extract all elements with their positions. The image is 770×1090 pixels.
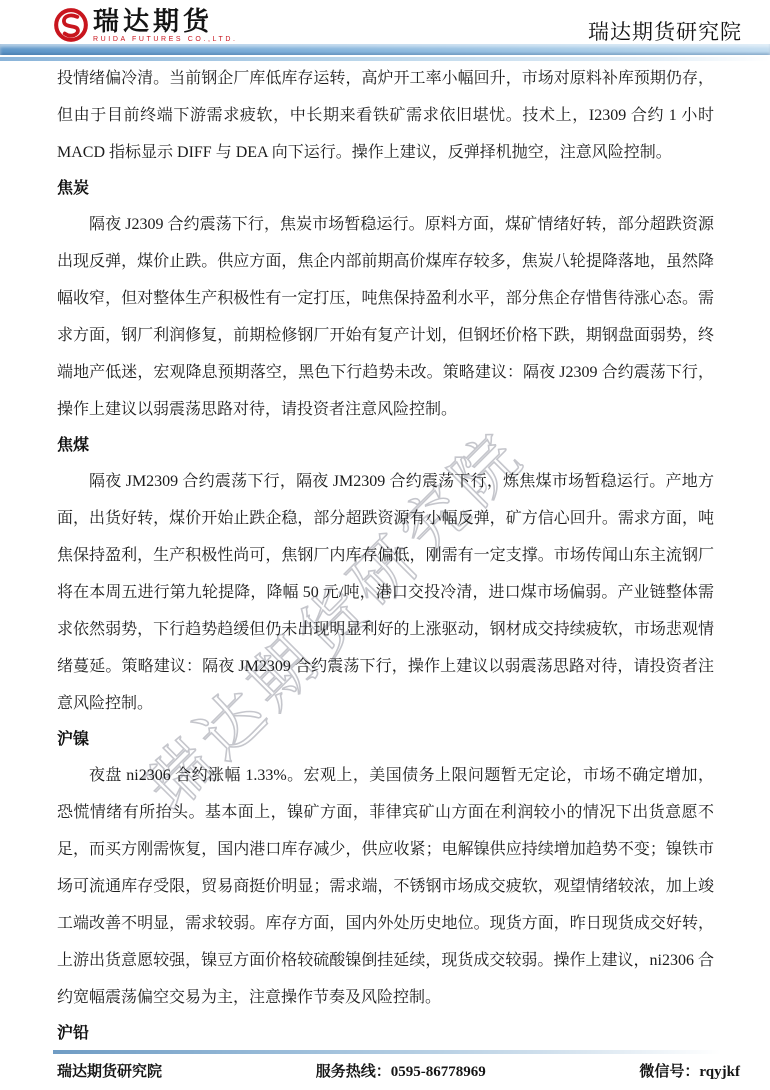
ruida-logo-icon: [53, 7, 89, 43]
page-header: 瑞达期货 RUIDA FUTURES CO.,LTD. 瑞达期货研究院: [0, 0, 770, 45]
page-footer: 瑞达期货研究院 服务热线：0595-86778969 微信号：rqyjkf: [0, 1050, 770, 1090]
section-heading-shanghai-nickel: 沪镍: [57, 727, 714, 752]
header-divider-main-bar: [0, 44, 770, 55]
brand-text-block: 瑞达期货 RUIDA FUTURES CO.,LTD.: [93, 7, 238, 43]
section-body-coking-coal: 隔夜 JM2309 合约震荡下行，隔夜 JM2309 合约震荡下行，炼焦煤市场暂…: [57, 463, 714, 722]
report-page: 瑞达期货研究院 瑞达期货 RUIDA FUTURES CO.,LTD. 瑞达期货…: [0, 0, 770, 1090]
section-heading-shanghai-lead: 沪铅: [57, 1021, 714, 1046]
section-heading-coking-coal: 焦煤: [57, 433, 714, 458]
footer-wechat-id: rqyjkf: [699, 1064, 740, 1080]
footer-hotline-label: 服务热线：: [316, 1064, 391, 1080]
brand-name-en: RUIDA FUTURES CO.,LTD.: [93, 36, 238, 43]
header-institute-title: 瑞达期货研究院: [588, 16, 742, 46]
section-heading-coke: 焦炭: [57, 176, 714, 201]
section-body-coke: 隔夜 J2309 合约震荡下行，焦炭市场暂稳运行。原料方面，煤矿情绪好转，部分超…: [57, 206, 714, 428]
brand-name-cn: 瑞达期货: [93, 7, 238, 35]
footer-hotline: 服务热线：0595-86778969: [316, 1060, 486, 1081]
report-body: 投情绪偏冷清。当前钢企厂库低库存运转，高炉开工率小幅回升，市场对原料补库预期仍存…: [57, 60, 714, 1051]
brand-logo: 瑞达期货 RUIDA FUTURES CO.,LTD.: [53, 7, 238, 43]
header-divider: [0, 44, 770, 61]
paragraph-iron-ore-continuation: 投情绪偏冷清。当前钢企厂库低库存运转，高炉开工率小幅回升，市场对原料补库预期仍存…: [57, 60, 714, 171]
footer-wechat: 微信号：rqyjkf: [639, 1060, 740, 1081]
section-body-shanghai-nickel: 夜盘 ni2306 合约涨幅 1.33%。宏观上，美国债务上限问题暂无定论，市场…: [57, 757, 714, 1016]
footer-divider: [53, 1050, 756, 1054]
footer-row: 瑞达期货研究院 服务热线：0595-86778969 微信号：rqyjkf: [57, 1060, 740, 1081]
footer-wechat-label: 微信号：: [639, 1064, 699, 1080]
footer-institute: 瑞达期货研究院: [57, 1060, 162, 1081]
footer-hotline-number: 0595-86778969: [391, 1064, 486, 1080]
